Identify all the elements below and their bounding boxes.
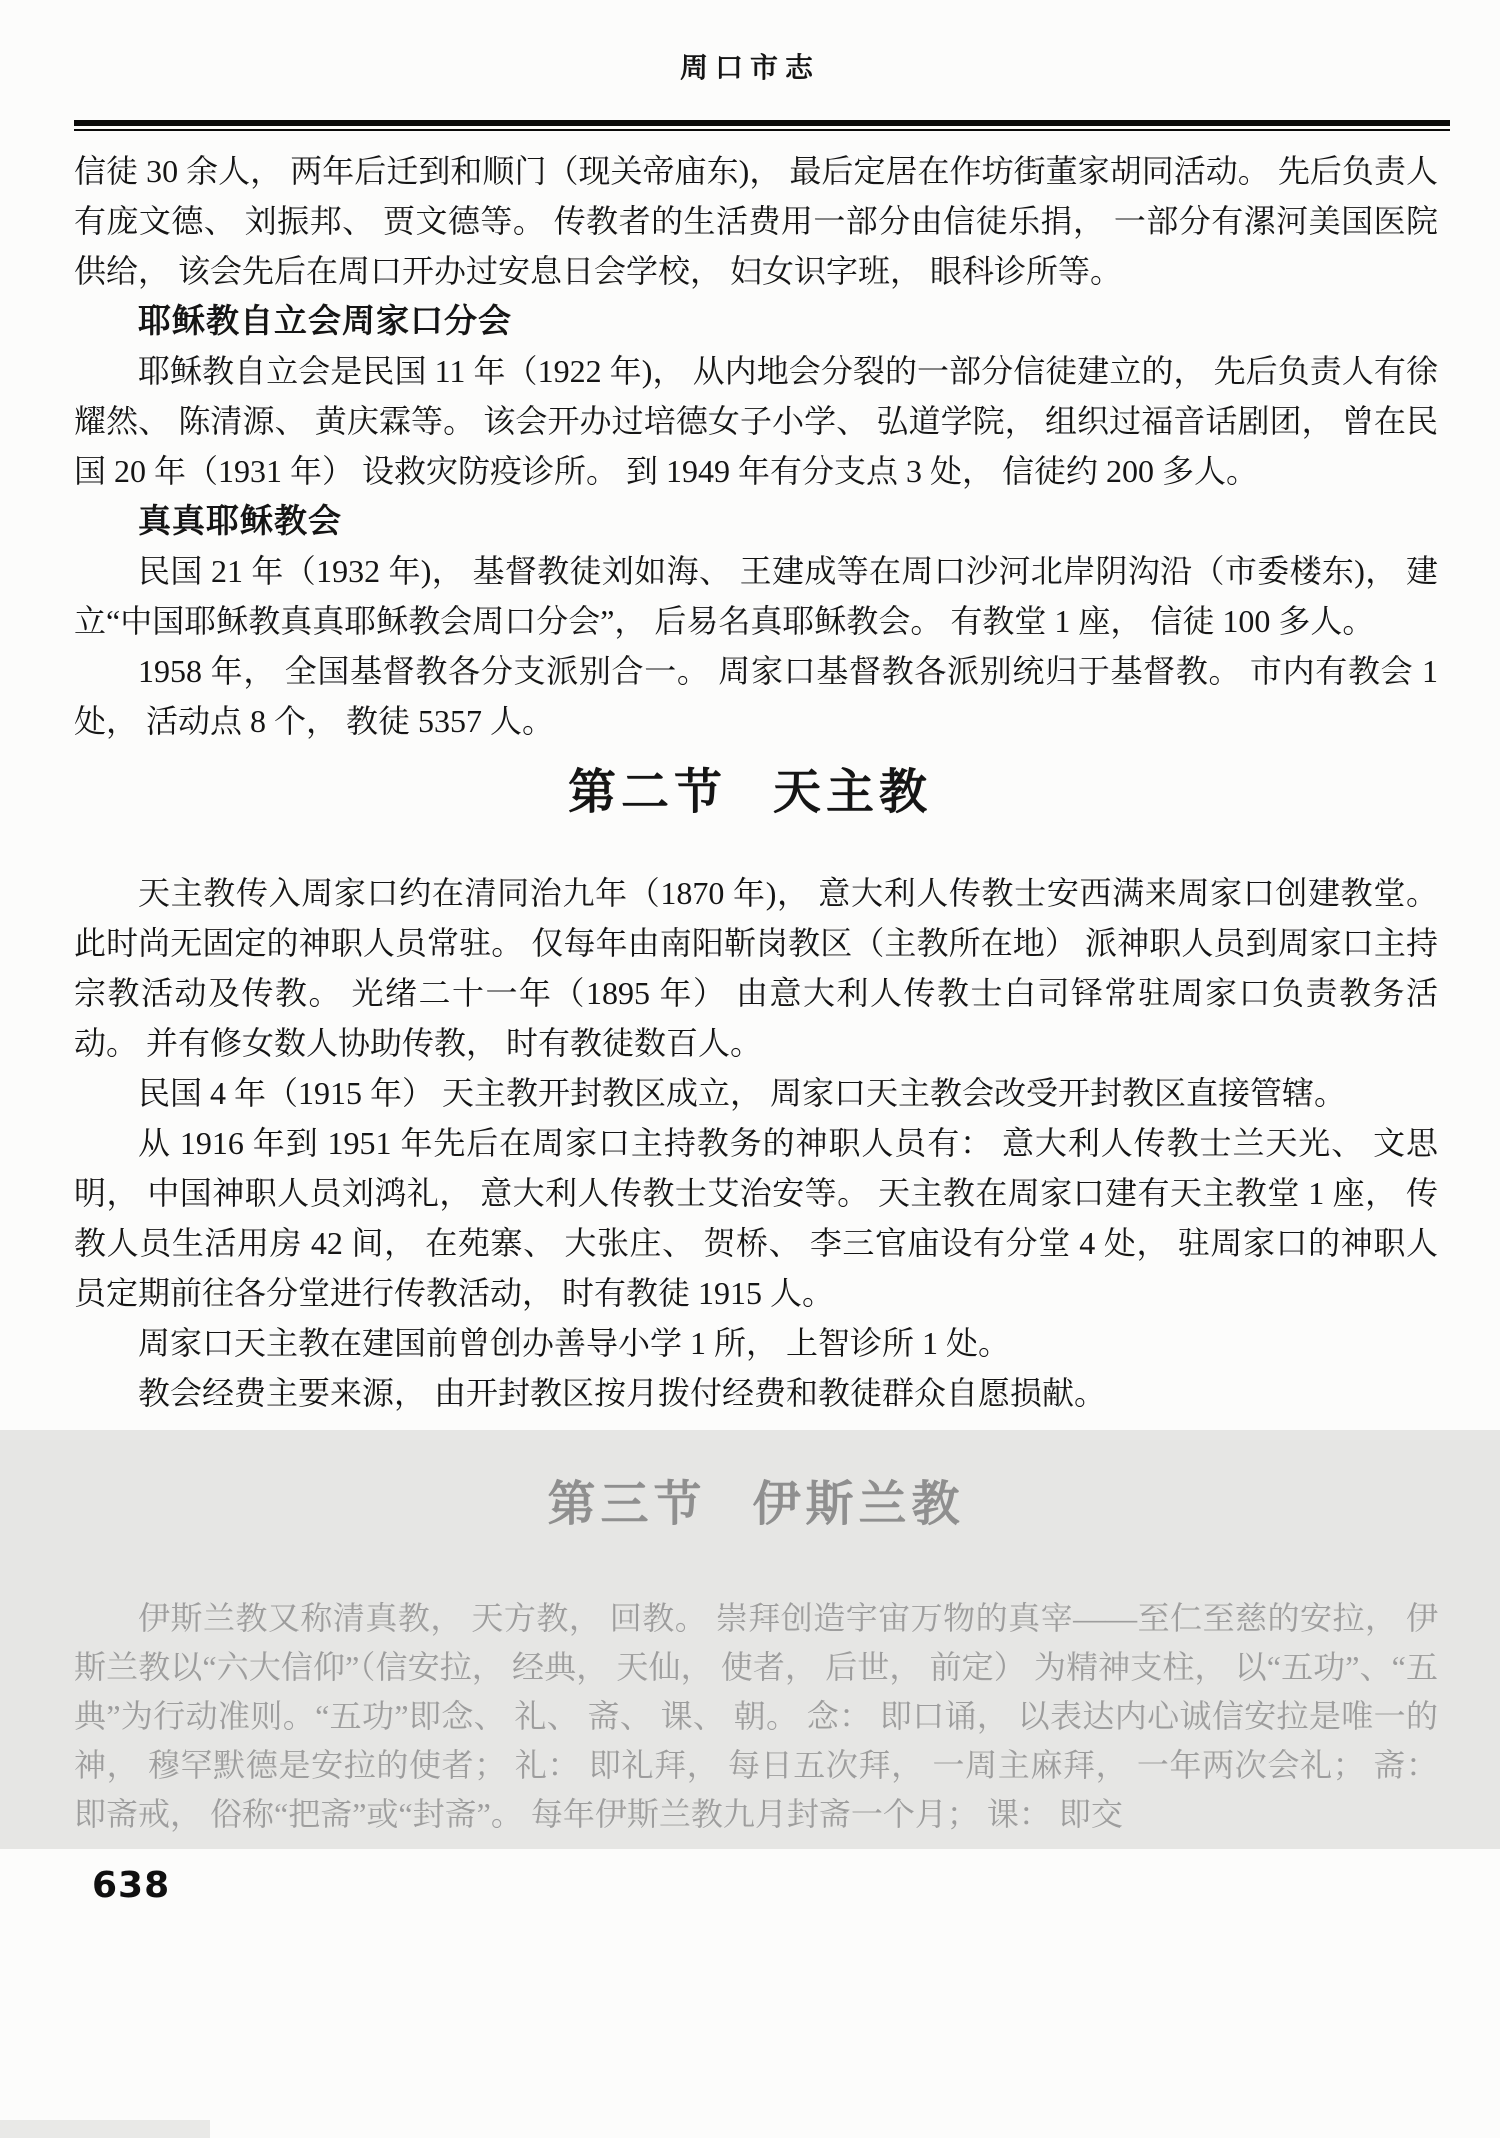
section3-label: 第三节 xyxy=(547,1478,706,1531)
paragraph-1958-unification: 1958 年， 全国基督教各分支派别合一。 周家口基督教各派别统归于基督教。 市… xyxy=(74,646,1438,746)
scan-edge-artifact xyxy=(0,2120,210,2138)
paragraph-catholic-1915: 民国 4 年（1915 年） 天主教开封教区成立， 周家口天主教会改受开封教区直… xyxy=(74,1068,1438,1118)
faded-scan-region: 第三节伊斯兰教 伊斯兰教又称清真教， 天方教， 回教。 崇拜创造宇宙万物的真宰—… xyxy=(0,1430,1500,1849)
section2-label: 第二节 xyxy=(568,766,727,819)
paragraph-catholic-school: 周家口天主教在建国前曾创办善导小学 1 所， 上智诊所 1 处。 xyxy=(74,1318,1438,1368)
paragraph-catholic-funding: 教会经费主要来源， 由开封教区按月拨付经费和教徒群众自愿损献。 xyxy=(74,1368,1438,1418)
section2-name: 天主教 xyxy=(773,766,932,819)
section2-title: 第二节天主教 xyxy=(0,764,1500,822)
subheading-true-jesus-church: 真真耶稣教会 xyxy=(74,496,1438,546)
running-header-title: 周口市志 xyxy=(0,46,1500,90)
document-page: 周口市志 信徒 30 余人， 两年后迁到和顺门（现关帝庙东)， 最后定居在作坊街… xyxy=(0,0,1500,2138)
catholic-content: 天主教传入周家口约在清同治九年（1870 年)， 意大利人传教士安西满来周家口创… xyxy=(74,868,1438,1418)
paragraph-catholic-clergy: 从 1916 年到 1951 年先后在周家口主持教务的神职人员有： 意大利人传教… xyxy=(74,1118,1438,1318)
page-number: 638 xyxy=(92,1865,1500,1906)
section3-name: 伊斯兰教 xyxy=(753,1478,965,1531)
body-content: 信徒 30 余人， 两年后迁到和顺门（现关帝庙东)， 最后定居在作坊街董家胡同活… xyxy=(74,146,1438,746)
subheading-self-support-church: 耶稣教自立会周家口分会 xyxy=(74,296,1438,346)
paragraph-true-jesus-church: 民国 21 年（1932 年)， 基督教徒刘如海、 王建成等在周口沙河北岸阴沟沿… xyxy=(74,546,1438,646)
paragraph-catholic-origin: 天主教传入周家口约在清同治九年（1870 年)， 意大利人传教士安西满来周家口创… xyxy=(74,868,1438,1068)
paragraph-christianity-continuation: 信徒 30 余人， 两年后迁到和顺门（现关帝庙东)， 最后定居在作坊街董家胡同活… xyxy=(74,146,1438,296)
paragraph-islam-intro: 伊斯兰教又称清真教， 天方教， 回教。 崇拜创造宇宙万物的真宰——至仁至慈的安拉… xyxy=(74,1594,1438,1839)
section3-title: 第三节伊斯兰教 xyxy=(74,1476,1438,1534)
header-divider-rule xyxy=(74,120,1450,131)
paragraph-self-support-church: 耶稣教自立会是民国 11 年（1922 年)， 从内地会分裂的一部分信徒建立的，… xyxy=(74,346,1438,496)
